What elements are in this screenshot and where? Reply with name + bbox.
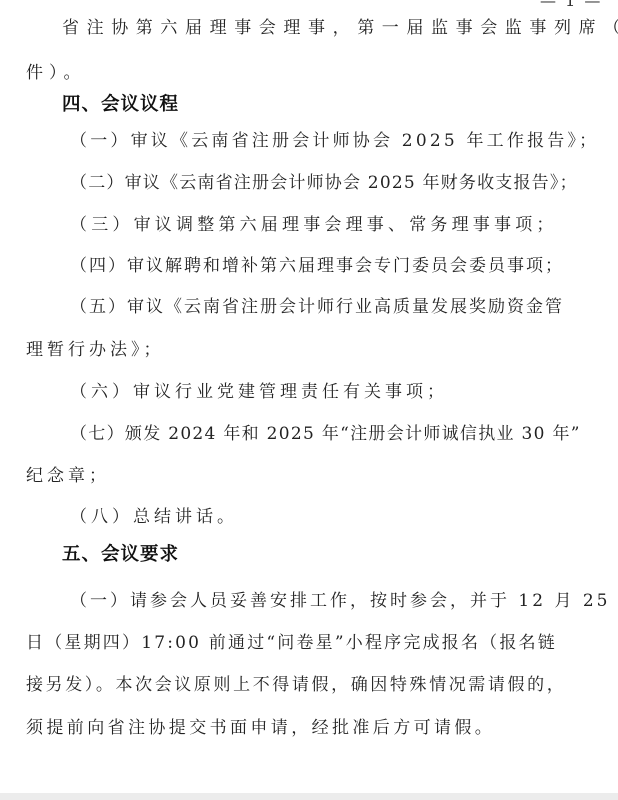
requirement-1-line-2: 日（星期四）17:00 前通过“问卷星”小程序完成报名（报名链 xyxy=(26,628,557,653)
paragraph-line: 件）。 xyxy=(26,58,87,83)
requirement-1-line-3: 接另发）。本次会议原则上不得请假，确因特殊情况需请假的， xyxy=(26,670,566,695)
requirement-1-line-1: （一）请参会人员妥善安排工作，按时参会，并于 12 月 25 xyxy=(70,586,610,611)
paragraph-line: 省注协第六届理事会理事，第一届监事会监事列席（见附 xyxy=(62,13,618,38)
document-page: — 1 — 省注协第六届理事会理事，第一届监事会监事列席（见附 件）。 四、会议… xyxy=(0,0,618,793)
agenda-item-7-cont: 纪念章； xyxy=(26,461,110,486)
agenda-item-5: （五）审议《云南省注册会计师行业高质量发展奖励资金管 xyxy=(70,292,564,317)
agenda-item-8: （八）总结讲话。 xyxy=(70,502,238,527)
page-number: — 1 — xyxy=(540,0,602,10)
agenda-item-5-cont: 理暂行办法》； xyxy=(26,335,165,360)
agenda-item-3: （三）审议调整第六届理事会理事、常务理事事项； xyxy=(70,210,558,235)
section-heading-requirements: 五、会议要求 xyxy=(62,540,179,566)
agenda-item-7: （七）颁发 2024 年和 2025 年“注册会计师诚信执业 30 年” xyxy=(70,419,581,444)
agenda-item-1: （一）审议《云南省注册会计师协会 2025 年工作报告》； xyxy=(70,126,599,151)
agenda-item-4: （四）审议解聘和增补第六届理事会专门委员会委员事项； xyxy=(70,251,564,276)
section-heading-agenda: 四、会议议程 xyxy=(62,90,179,116)
page-bottom-edge xyxy=(0,793,618,800)
agenda-item-6: （六）审议行业党建管理责任有关事项； xyxy=(70,377,448,402)
agenda-item-2: （二）审议《云南省注册会计师协会 2025 年财务收支报告》； xyxy=(70,168,578,193)
requirement-1-line-4: 须提前向省注协提交书面申请，经批准后方可请假。 xyxy=(26,713,495,738)
